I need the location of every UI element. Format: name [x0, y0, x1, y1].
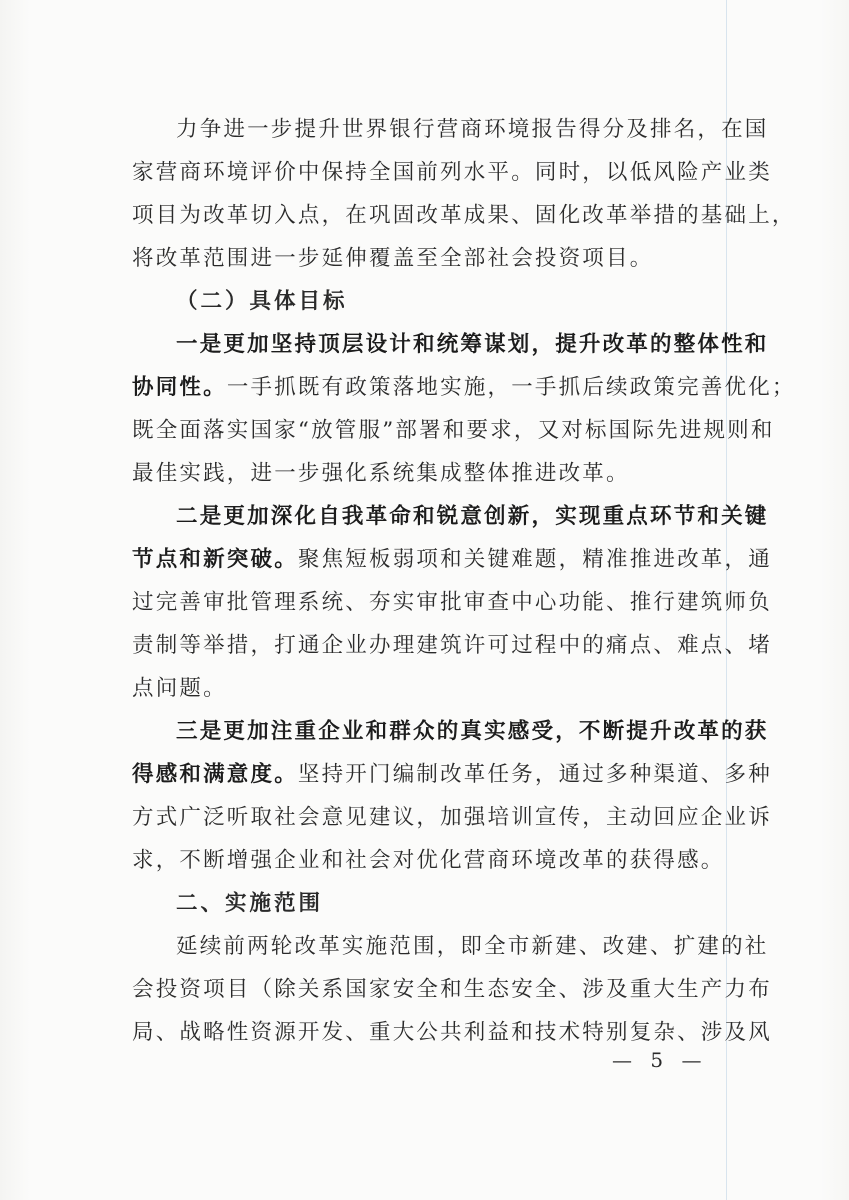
text-line: 最佳实践，进一步强化系统集成整体推进改革。: [132, 452, 722, 495]
text-line: 责制等举措，打通企业办理建筑许可过程中的痛点、难点、堵: [132, 624, 722, 667]
paragraph-scope: 延续前两轮改革实施范围，即全市新建、改建、扩建的社 会投资项目（除关系国家安全和…: [132, 925, 722, 1054]
goal-lead-line: 二是更加深化自我革命和锐意创新，实现重点环节和关键: [132, 495, 722, 538]
text-line: 家营商环境评价中保持全国前列水平。同时，以低风险产业类: [132, 151, 722, 194]
goal-body-text: 一手抓既有政策落地实施，一手抓后续政策完善优化；: [227, 375, 796, 400]
paragraph-goal-2: 二是更加深化自我革命和锐意创新，实现重点环节和关键 节点和新突破。聚焦短板弱项和…: [132, 495, 722, 710]
page-number: — 5 —: [612, 1048, 707, 1072]
goal-lead-tail: 节点和新突破。: [132, 547, 298, 572]
text-line: 项目为改革切入点，在巩固改革成果、固化改革举措的基础上，: [132, 194, 722, 237]
text-line: 协同性。一手抓既有政策落地实施，一手抓后续政策完善优化；: [132, 366, 722, 409]
goal-lead-tail: 协同性。: [132, 375, 227, 400]
text-line: 力争进一步提升世界银行营商环境报告得分及排名，在国: [132, 108, 722, 151]
document-body: 力争进一步提升世界银行营商环境报告得分及排名，在国 家营商环境评价中保持全国前列…: [132, 108, 722, 1054]
text-line: 点问题。: [132, 667, 722, 710]
paragraph-goal-3: 三是更加注重企业和群众的真实感受，不断提升改革的获 得感和满意度。坚持开门编制改…: [132, 710, 722, 882]
goal-lead-tail: 得感和满意度。: [132, 762, 298, 787]
paragraph-intro: 力争进一步提升世界银行营商环境报告得分及排名，在国 家营商环境评价中保持全国前列…: [132, 108, 722, 280]
goal-body-text: 坚持开门编制改革任务，通过多种渠道、多种: [298, 762, 772, 787]
text-line: 得感和满意度。坚持开门编制改革任务，通过多种渠道、多种: [132, 753, 722, 796]
text-line: 求，不断增强企业和社会对优化营商环境改革的获得感。: [132, 839, 722, 882]
text-line: 既全面落实国家“放管服”部署和要求，又对标国际先进规则和: [132, 409, 722, 452]
paragraph-goal-1: 一是更加坚持顶层设计和统筹谋划，提升改革的整体性和 协同性。一手抓既有政策落地实…: [132, 323, 722, 495]
section-heading-specific-goals: （二）具体目标: [132, 280, 722, 323]
text-line: 延续前两轮改革实施范围，即全市新建、改建、扩建的社: [132, 925, 722, 968]
goal-lead-line: 一是更加坚持顶层设计和统筹谋划，提升改革的整体性和: [132, 323, 722, 366]
text-line: 将改革范围进一步延伸覆盖至全部社会投资项目。: [132, 237, 722, 280]
text-line: 节点和新突破。聚焦短板弱项和关键难题，精准推进改革，通: [132, 538, 722, 581]
text-line: 方式广泛听取社会意见建议，加强培训宣传，主动回应企业诉: [132, 796, 722, 839]
text-line: 过完善审批管理系统、夯实审批审查中心功能、推行建筑师负: [132, 581, 722, 624]
goal-body-text: 聚焦短板弱项和关键难题，精准推进改革，通: [298, 547, 772, 572]
goal-lead-line: 三是更加注重企业和群众的真实感受，不断提升改革的获: [132, 710, 722, 753]
text-line: 会投资项目（除关系国家安全和生态安全、涉及重大生产力布: [132, 968, 722, 1011]
section-heading-scope: 二、实施范围: [132, 882, 722, 925]
